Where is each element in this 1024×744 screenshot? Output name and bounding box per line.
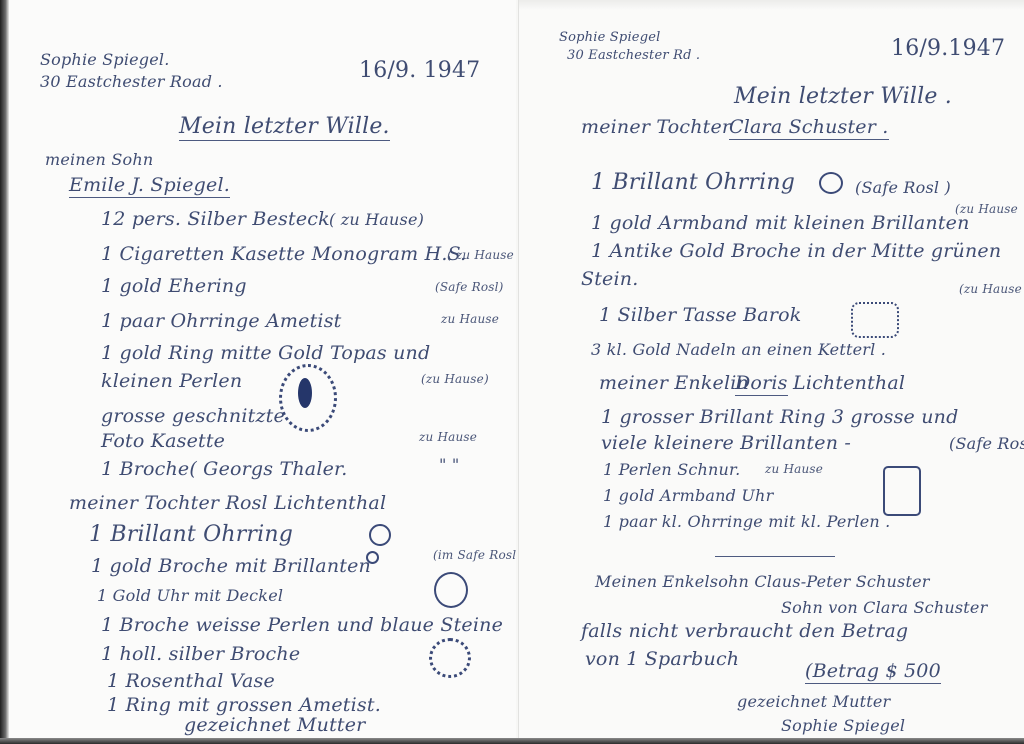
document-title: Mein letzter Wille. [179,114,390,141]
earring-sketch-icon [369,524,391,546]
bequest-item: 1 gold Armband Uhr [603,486,773,505]
bequest-line: falls nicht verbraucht den Betrag [581,620,908,642]
item-location-note: ( zu Hause) [329,210,424,229]
bequest-item: 1 paar kl. Ohrringe mit kl. Perlen . [603,512,890,531]
right-page: Sophie Spiegel 30 Eastchester Rd . 16/9.… [518,0,1024,738]
brooch-sketch-icon [434,572,468,608]
bequest-item: 1 gold Ehering [101,275,247,297]
item-location-note: (Safe Rosl [949,434,1024,453]
bequest-item: kleinen Perlen [101,370,242,392]
document-date: 16/9. 1947 [359,58,480,83]
document-title: Mein letzter Wille . [734,84,952,109]
recipient-name: Doris [735,372,788,396]
bequest-amount: (Betrag $ 500 [805,660,941,684]
recipient-intro: meiner Tochter Rosl Lichtenthal [69,492,386,514]
bequest-line: von 1 Sparbuch [585,648,739,670]
recipient-name: Clara Schuster . [729,116,889,140]
bequest-item: grosse geschnitzte [101,405,285,427]
bequest-item: 1 gold Broche mit Brillanten [91,555,371,577]
bequest-item: 1 holl. silber Broche [101,643,300,665]
item-location-note: (im Safe Rosl [433,548,516,562]
watch-sketch-icon [883,466,921,516]
bequest-item: 1 Broche weisse Perlen und blaue Steine [101,614,503,636]
bequest-item: 1 Cigaretten Kasette Monogram H.S. [101,243,466,265]
bequest-item: 1 Broche( Georgs Thaler. [101,458,347,480]
signature-line: gezeichnet Mutter [737,692,890,711]
bequest-item: 1 gold Armband mit kleinen Brillanten [591,212,970,234]
bequest-item: 3 kl. Gold Nadeln an einen Ketterl . [591,340,886,359]
left-page: Sophie Spiegel. 30 Eastchester Road . 16… [9,0,516,738]
bequest-item: Foto Kasette [101,430,225,452]
bequest-item: 12 pers. Silber Besteck [101,208,330,230]
item-location-note: (zu Hause [955,202,1018,216]
item-location-note: (zu Hause [959,282,1022,296]
earring-sketch-icon [819,172,843,194]
recipient-surname: Lichtenthal [793,372,905,394]
item-location-note: zu Hause [765,462,823,476]
author-name: Sophie Spiegel. [40,50,170,69]
item-location-note: (zu Hause) [421,372,489,386]
bequest-item: 1 Ring mit grossen Ametist. [107,694,381,716]
author-address: 30 Eastchester Road . [40,72,223,91]
silver-cup-sketch-icon [851,302,899,338]
bequest-item: 1 Silber Tasse Barok [599,304,801,326]
recipient-detail: Sohn von Clara Schuster [781,598,987,617]
recipient-intro: Meinen Enkelsohn Claus-Peter Schuster [595,572,930,591]
author-name: Sophie Spiegel [559,30,660,45]
signature-line: gezeichnet Mutter [184,714,365,736]
recipient-intro: meiner Enkelin [599,372,749,394]
ditto-marks: " " [439,455,459,474]
scan-edge-bottom [0,738,1024,744]
bequest-item: 1 gold Ring mitte Gold Topas und [101,342,430,364]
bequest-item: 1 grosser Brillant Ring 3 grosse und [601,406,958,428]
bequest-item: 1 Brillant Ohrring [89,522,293,547]
recipient-intro: meinen Sohn [45,150,153,169]
item-location-note: zu Hause [419,430,477,444]
item-location-note: (Safe Rosl) [435,280,504,294]
item-location-note: ( zu Hause [447,248,514,262]
scan-edge-left [0,0,9,744]
gemstone-icon [298,378,312,408]
bequest-item: viele kleinere Brillanten - [601,432,851,454]
page-top-shadow [519,0,1024,10]
recipient-intro: meiner Tochter [581,116,731,138]
author-address: 30 Eastchester Rd . [567,48,700,63]
bequest-item: 1 paar Ohrringe Ametist [101,310,342,332]
recipient-name: Emile J. Spiegel. [69,174,230,198]
bequest-item: 1 Brillant Ohrring [591,170,795,195]
item-location-note: (Safe Rosl ) [855,178,951,197]
bequest-item: 1 Rosenthal Vase [107,670,275,692]
document-date: 16/9.1947 [891,36,1005,61]
bequest-item: 1 Antike Gold Broche in der Mitte grünen [591,240,1001,262]
bequest-item: 1 Perlen Schnur. [603,460,740,479]
item-location-note: zu Hause [441,312,499,326]
bequest-item: Stein. [581,268,638,290]
signature-name: Sophie Spiegel [781,716,905,735]
section-divider [715,556,835,557]
bequest-item: 1 Gold Uhr mit Deckel [97,586,283,605]
brooch-sketch-icon [429,638,471,678]
